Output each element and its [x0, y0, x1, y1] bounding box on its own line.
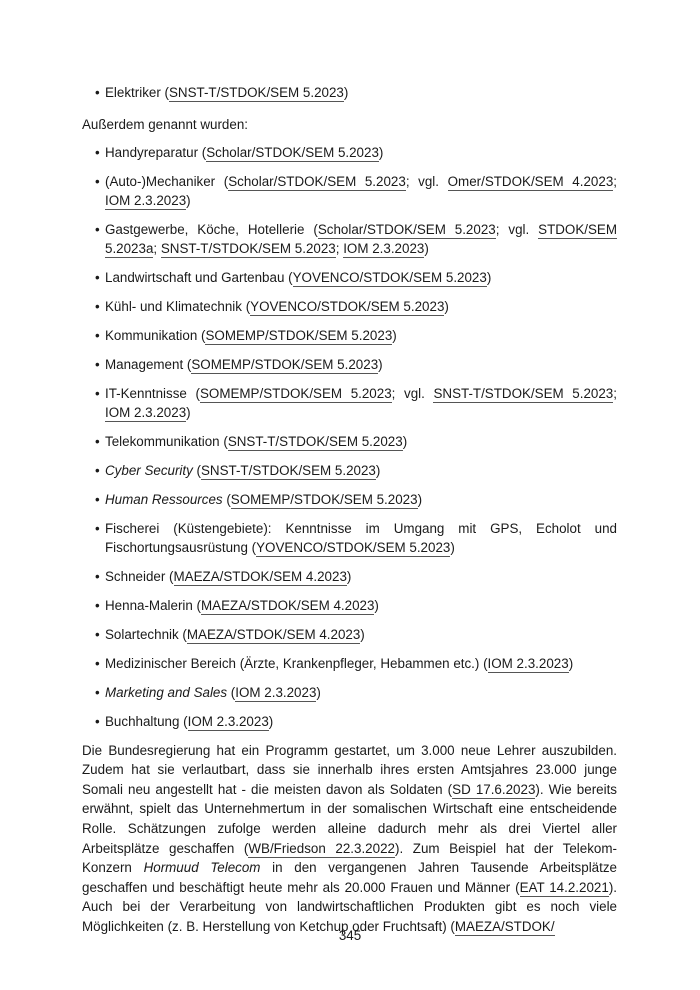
source-link[interactable]: IOM 2.3.2023 [343, 241, 424, 258]
item-label: Medizinischer Bereich (Ärzte, Krankenpfl… [105, 656, 479, 671]
list-item: Handyreparatur (Scholar/STDOK/SEM 5.2023… [84, 143, 617, 162]
source-link[interactable]: IOM 2.3.2023 [188, 714, 269, 731]
item-label: IT-Kenntnisse [105, 386, 187, 401]
list-item: Marketing and Sales (IOM 2.3.2023) [84, 683, 617, 702]
list-item: Kommunikation (SOMEMP/STDOK/SEM 5.2023) [84, 326, 617, 345]
item-label: Cyber Security [105, 463, 193, 478]
list-item: Henna-Malerin (MAEZA/STDOK/SEM 4.2023) [84, 596, 617, 615]
list-item: Cyber Security (SNST-T/STDOK/SEM 5.2023) [84, 461, 617, 480]
item-label: Telekommunikation [105, 434, 220, 449]
list-item: Fischerei (Küstengebiete): Kenntnisse im… [84, 519, 617, 557]
source-link[interactable]: SNST-T/STDOK/SEM 5.2023 [161, 241, 336, 258]
list-item: Human Ressources (SOMEMP/STDOK/SEM 5.202… [84, 490, 617, 509]
source-link[interactable]: SNST-T/STDOK/SEM 5.2023 [169, 85, 344, 102]
item-label: Kommunikation [105, 328, 197, 343]
item-label: Henna-Malerin [105, 598, 193, 613]
list-item: (Auto-)Mechaniker (Scholar/STDOK/SEM 5.2… [84, 172, 617, 210]
source-link[interactable]: SD 17.6.2023 [452, 782, 535, 799]
source-link[interactable]: IOM 2.3.2023 [105, 193, 186, 210]
source-link[interactable]: WB/Friedson 22.3.2022 [248, 841, 395, 858]
source-link[interactable]: IOM 2.3.2023 [105, 405, 186, 422]
item-label: Marketing and Sales [105, 685, 227, 700]
source-link[interactable]: MAEZA/STDOK/SEM 4.2023 [174, 569, 347, 586]
list-item: Management (SOMEMP/STDOK/SEM 5.2023) [84, 355, 617, 374]
item-label: Management [105, 357, 183, 372]
occupation-list-top: Elektriker (SNST-T/STDOK/SEM 5.2023) [84, 83, 617, 102]
source-link[interactable]: YOVENCO/STDOK/SEM 5.2023 [250, 299, 444, 316]
item-label: Landwirtschaft und Gartenbau [105, 270, 284, 285]
source-link[interactable]: Omer/STDOK/SEM 4.2023 [448, 174, 614, 191]
occupation-list: Handyreparatur (Scholar/STDOK/SEM 5.2023… [84, 143, 617, 731]
list-item: Kühl- und Klimatechnik (YOVENCO/STDOK/SE… [84, 297, 617, 316]
source-link[interactable]: Scholar/STDOK/SEM 5.2023 [318, 222, 496, 239]
source-link[interactable]: Scholar/STDOK/SEM 5.2023 [206, 145, 379, 162]
item-label: Handyreparatur [105, 145, 198, 160]
source-link[interactable]: SOMEMP/STDOK/SEM 5.2023 [200, 386, 392, 403]
document-page: Elektriker (SNST-T/STDOK/SEM 5.2023) Auß… [84, 0, 617, 937]
source-link[interactable]: SNST-T/STDOK/SEM 5.2023 [201, 463, 376, 480]
source-link[interactable]: MAEZA/STDOK/SEM 4.2023 [201, 598, 374, 615]
source-link[interactable]: YOVENCO/STDOK/SEM 5.2023 [293, 270, 487, 287]
list-item: Elektriker (SNST-T/STDOK/SEM 5.2023) [84, 83, 617, 102]
source-link[interactable]: IOM 2.3.2023 [235, 685, 316, 702]
item-label: Gastgewerbe, Köche, Hotellerie [105, 222, 304, 237]
item-label: Schneider [105, 569, 165, 584]
item-label: Solartechnik [105, 627, 179, 642]
item-label: (Auto-)Mechaniker [105, 174, 215, 189]
page-number: 345 [0, 928, 700, 943]
source-link[interactable]: MAEZA/STDOK/SEM 4.2023 [187, 627, 360, 644]
source-link[interactable]: SOMEMP/STDOK/SEM 5.2023 [205, 328, 392, 345]
item-label: Human Ressources [105, 492, 223, 507]
company-name: Hormuud Telecom [144, 860, 261, 875]
list-item: Telekommunikation (SNST-T/STDOK/SEM 5.20… [84, 432, 617, 451]
list-item: Medizinischer Bereich (Ärzte, Krankenpfl… [84, 654, 617, 673]
source-link[interactable]: YOVENCO/STDOK/SEM 5.2023 [256, 540, 450, 557]
list-item: Buchhaltung (IOM 2.3.2023) [84, 712, 617, 731]
list-item: Landwirtschaft und Gartenbau (YOVENCO/ST… [84, 268, 617, 287]
item-label: Elektriker [105, 85, 161, 100]
source-link[interactable]: SNST-T/STDOK/SEM 5.2023 [433, 386, 613, 403]
source-link[interactable]: EAT 14.2.2021 [520, 880, 609, 897]
item-label: Buchhaltung [105, 714, 179, 729]
list-item: Schneider (MAEZA/STDOK/SEM 4.2023) [84, 567, 617, 586]
source-link[interactable]: SNST-T/STDOK/SEM 5.2023 [228, 434, 403, 451]
source-link[interactable]: IOM 2.3.2023 [488, 656, 569, 673]
list-item: IT-Kenntnisse (SOMEMP/STDOK/SEM 5.2023; … [84, 384, 617, 422]
source-link[interactable]: SOMEMP/STDOK/SEM 5.2023 [231, 492, 418, 509]
body-paragraph: Die Bundesregierung hat ein Programm ges… [82, 741, 617, 937]
intro-text: Außerdem genannt wurden: [82, 115, 617, 135]
item-label: Kühl- und Klimatechnik [105, 299, 242, 314]
source-link[interactable]: Scholar/STDOK/SEM 5.2023 [228, 174, 406, 191]
source-link[interactable]: SOMEMP/STDOK/SEM 5.2023 [191, 357, 378, 374]
list-item: Solartechnik (MAEZA/STDOK/SEM 4.2023) [84, 625, 617, 644]
list-item: Gastgewerbe, Köche, Hotellerie (Scholar/… [84, 220, 617, 258]
